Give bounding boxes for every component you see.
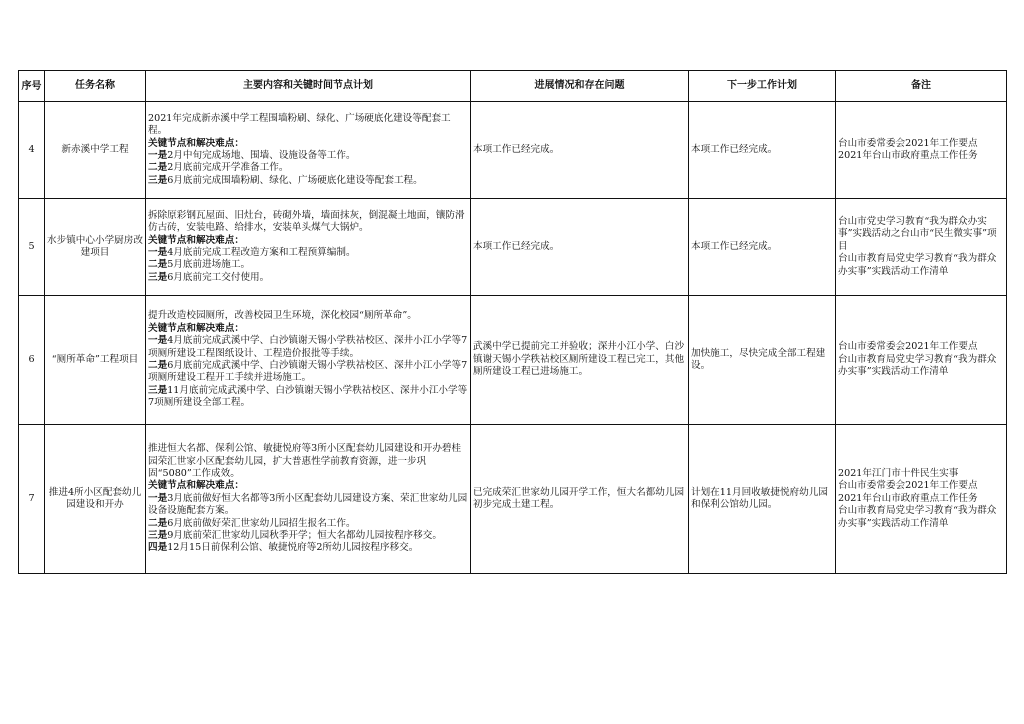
row-seq: 6 <box>19 296 45 425</box>
key-point-text: 5月底前进场施工。 <box>167 259 250 270</box>
remark-line: 台山市教育局党史学习教育“我为群众办实事”实践活动工作清单 <box>838 354 1004 379</box>
key-point-lead: 二是 <box>148 162 167 173</box>
header-content: 主要内容和关键时间节点计划 <box>146 71 471 102</box>
row-task-name: 水步镇中心小学厨房改建项目 <box>45 199 146 296</box>
key-point-lead: 二是 <box>148 360 167 371</box>
key-point-text: 6月底前完工交付使用。 <box>167 272 269 283</box>
row-progress: 已完成荣汇世家幼儿园开学工作，恒大名都幼儿园初步完成土建工程。 <box>471 425 689 574</box>
key-point-lead: 一是 <box>148 150 167 161</box>
key-point-item: 一是2月中旬完成场地、围墙、设施设备等工作。 <box>148 150 468 162</box>
key-point-item: 三是6月底前完工交付使用。 <box>148 272 468 284</box>
header-progress: 进展情况和存在问题 <box>471 71 689 102</box>
header-remarks: 备注 <box>836 71 1007 102</box>
work-plan-table: 序号 任务名称 主要内容和关键时间节点计划 进展情况和存在问题 下一步工作计划 … <box>18 70 1007 574</box>
row-content: 拆除原彩钢瓦屋面、旧灶台，砖砌外墙，墙面抹灰，倒混凝土地面，镶防滑仿古砖，安装电… <box>146 199 471 296</box>
header-seq: 序号 <box>19 71 45 102</box>
key-point-item: 二是2月底前完成开学准备工作。 <box>148 162 468 174</box>
key-point-item: 三是11月底前完成武溪中学、白沙镇谢天锡小学秩祜校区、深井小江小学等7项厕所建设… <box>148 385 468 410</box>
row-content: 提升改造校园厕所，改善校园卫生环境，深化校园“厕所革命”。 关键节点和解决难点：… <box>146 296 471 425</box>
remark-line: 2021年江门市十件民生实事 <box>838 468 1004 480</box>
remark-line: 2021年台山市政府重点工作任务 <box>838 150 1004 162</box>
key-points-title: 关键节点和解决难点： <box>148 480 468 492</box>
content-intro: 拆除原彩钢瓦屋面、旧灶台，砖砌外墙，墙面抹灰，倒混凝土地面，镶防滑仿古砖，安装电… <box>148 210 468 235</box>
key-point-lead: 一是 <box>148 493 167 504</box>
remark-line: 台山市党史学习教育“我为群众办实事”实践活动之台山市“民生微实事”项目 <box>838 216 1004 253</box>
table-row: 7 推进4所小区配套幼儿园建设和开办 推进恒大名都、保利公馆、敏捷悦府等3所小区… <box>19 425 1007 574</box>
content-intro: 2021年完成新赤溪中学工程围墙粉刷、绿化、广场硬底化建设等配套工程。 <box>148 113 468 138</box>
key-point-text: 6月底前完成武溪中学、白沙镇谢天锡小学秩祜校区、深井小江小学等7项厕所建设工程开… <box>148 360 467 383</box>
content-intro: 提升改造校园厕所，改善校园卫生环境，深化校园“厕所革命”。 <box>148 310 468 322</box>
key-point-item: 一是3月底前做好恒大名都等3所小区配套幼儿园建设方案、荣汇世家幼儿园设备设施配套… <box>148 493 468 518</box>
key-point-lead: 一是 <box>148 247 167 258</box>
key-points-title: 关键节点和解决难点： <box>148 323 468 335</box>
row-task-name: 新赤溪中学工程 <box>45 102 146 199</box>
row-task-name: “厕所革命”工程项目 <box>45 296 146 425</box>
key-points-title: 关键节点和解决难点： <box>148 235 468 247</box>
table-row: 4 新赤溪中学工程 2021年完成新赤溪中学工程围墙粉刷、绿化、广场硬底化建设等… <box>19 102 1007 199</box>
key-point-text: 6月底前完成围墙粉刷、绿化、广场硬底化建设等配套工程。 <box>167 175 423 186</box>
key-point-text: 2月底前完成开学准备工作。 <box>167 162 288 173</box>
row-content: 2021年完成新赤溪中学工程围墙粉刷、绿化、广场硬底化建设等配套工程。 关键节点… <box>146 102 471 199</box>
key-point-item: 二是5月底前进场施工。 <box>148 259 468 271</box>
key-point-text: 4月底前完成工程改造方案和工程预算编制。 <box>167 247 355 258</box>
remark-line: 台山市委常委会2021年工作要点 <box>838 480 1004 492</box>
key-point-text: 3月底前做好恒大名都等3所小区配套幼儿园建设方案、荣汇世家幼儿园设备设施配套方案… <box>148 493 467 516</box>
key-point-lead: 三是 <box>148 530 167 541</box>
key-point-lead: 三是 <box>148 272 167 283</box>
row-progress: 本项工作已经完成。 <box>471 199 689 296</box>
key-point-item: 一是4月底前完成工程改造方案和工程预算编制。 <box>148 247 468 259</box>
row-content: 推进恒大名都、保利公馆、敏捷悦府等3所小区配套幼儿园建设和开办碧桂园荣汇世家小区… <box>146 425 471 574</box>
row-remarks: 台山市委常委会2021年工作要点 2021年台山市政府重点工作任务 <box>836 102 1007 199</box>
key-point-item: 四是12月15日前保利公馆、敏捷悦府等2所幼儿园按程序移交。 <box>148 542 468 554</box>
header-next-plan: 下一步工作计划 <box>689 71 836 102</box>
key-point-lead: 一是 <box>148 335 167 346</box>
key-points-title: 关键节点和解决难点： <box>148 138 468 150</box>
key-point-lead: 三是 <box>148 175 167 186</box>
header-task-name: 任务名称 <box>45 71 146 102</box>
row-seq: 4 <box>19 102 45 199</box>
key-point-text: 11月底前完成武溪中学、白沙镇谢天锡小学秩祜校区、深井小江小学等7项厕所建设全部… <box>148 385 467 408</box>
key-point-lead: 二是 <box>148 259 167 270</box>
row-remarks: 2021年江门市十件民生实事 台山市委常委会2021年工作要点 2021年台山市… <box>836 425 1007 574</box>
key-point-item: 三是9月底前荣汇世家幼儿园秋季开学；恒大名都幼儿园按程序移交。 <box>148 530 468 542</box>
row-next-plan: 本项工作已经完成。 <box>689 102 836 199</box>
key-point-text: 2月中旬完成场地、围墙、设施设备等工作。 <box>167 150 355 161</box>
row-remarks: 台山市委常委会2021年工作要点 台山市教育局党史学习教育“我为群众办实事”实践… <box>836 296 1007 425</box>
key-point-lead: 四是 <box>148 542 167 553</box>
key-point-text: 9月底前荣汇世家幼儿园秋季开学；恒大名都幼儿园按程序移交。 <box>167 530 442 541</box>
row-next-plan: 计划在11月回收敏捷悦府幼儿园和保利公馆幼儿园。 <box>689 425 836 574</box>
key-point-item: 二是6月底前完成武溪中学、白沙镇谢天锡小学秩祜校区、深井小江小学等7项厕所建设工… <box>148 360 468 385</box>
table-row: 6 “厕所革命”工程项目 提升改造校园厕所，改善校园卫生环境，深化校园“厕所革命… <box>19 296 1007 425</box>
key-point-item: 三是6月底前完成围墙粉刷、绿化、广场硬底化建设等配套工程。 <box>148 175 468 187</box>
row-seq: 7 <box>19 425 45 574</box>
row-next-plan: 加快施工，尽快完成全部工程建设。 <box>689 296 836 425</box>
remark-line: 台山市教育局党史学习教育“我为群众办实事”实践活动工作清单 <box>838 253 1004 278</box>
row-next-plan: 本项工作已经完成。 <box>689 199 836 296</box>
row-remarks: 台山市党史学习教育“我为群众办实事”实践活动之台山市“民生微实事”项目 台山市教… <box>836 199 1007 296</box>
remark-line: 台山市教育局党史学习教育“我为群众办实事”实践活动工作清单 <box>838 505 1004 530</box>
row-progress: 武溪中学已提前完工并验收；深井小江小学、白沙镇谢天锡小学秩祜校区厕所建设工程已完… <box>471 296 689 425</box>
remark-line: 台山市委常委会2021年工作要点 <box>838 138 1004 150</box>
content-intro: 推进恒大名都、保利公馆、敏捷悦府等3所小区配套幼儿园建设和开办碧桂园荣汇世家小区… <box>148 443 468 480</box>
remark-line: 2021年台山市政府重点工作任务 <box>838 493 1004 505</box>
row-progress: 本项工作已经完成。 <box>471 102 689 199</box>
row-task-name: 推进4所小区配套幼儿园建设和开办 <box>45 425 146 574</box>
remark-line: 台山市委常委会2021年工作要点 <box>838 341 1004 353</box>
key-point-lead: 二是 <box>148 518 167 529</box>
key-point-text: 4月底前完成武溪中学、白沙镇谢天锡小学秩祜校区、深井小江小学等7项厕所建设工程图… <box>148 335 467 358</box>
key-point-item: 一是4月底前完成武溪中学、白沙镇谢天锡小学秩祜校区、深井小江小学等7项厕所建设工… <box>148 335 468 360</box>
key-point-item: 二是6月底前做好荣汇世家幼儿园招生报名工作。 <box>148 518 468 530</box>
row-seq: 5 <box>19 199 45 296</box>
key-point-text: 6月底前做好荣汇世家幼儿园招生报名工作。 <box>167 518 355 529</box>
table-header-row: 序号 任务名称 主要内容和关键时间节点计划 进展情况和存在问题 下一步工作计划 … <box>19 71 1007 102</box>
table-row: 5 水步镇中心小学厨房改建项目 拆除原彩钢瓦屋面、旧灶台，砖砌外墙，墙面抹灰，倒… <box>19 199 1007 296</box>
key-point-lead: 三是 <box>148 385 167 396</box>
key-point-text: 12月15日前保利公馆、敏捷悦府等2所幼儿园按程序移交。 <box>167 542 418 553</box>
